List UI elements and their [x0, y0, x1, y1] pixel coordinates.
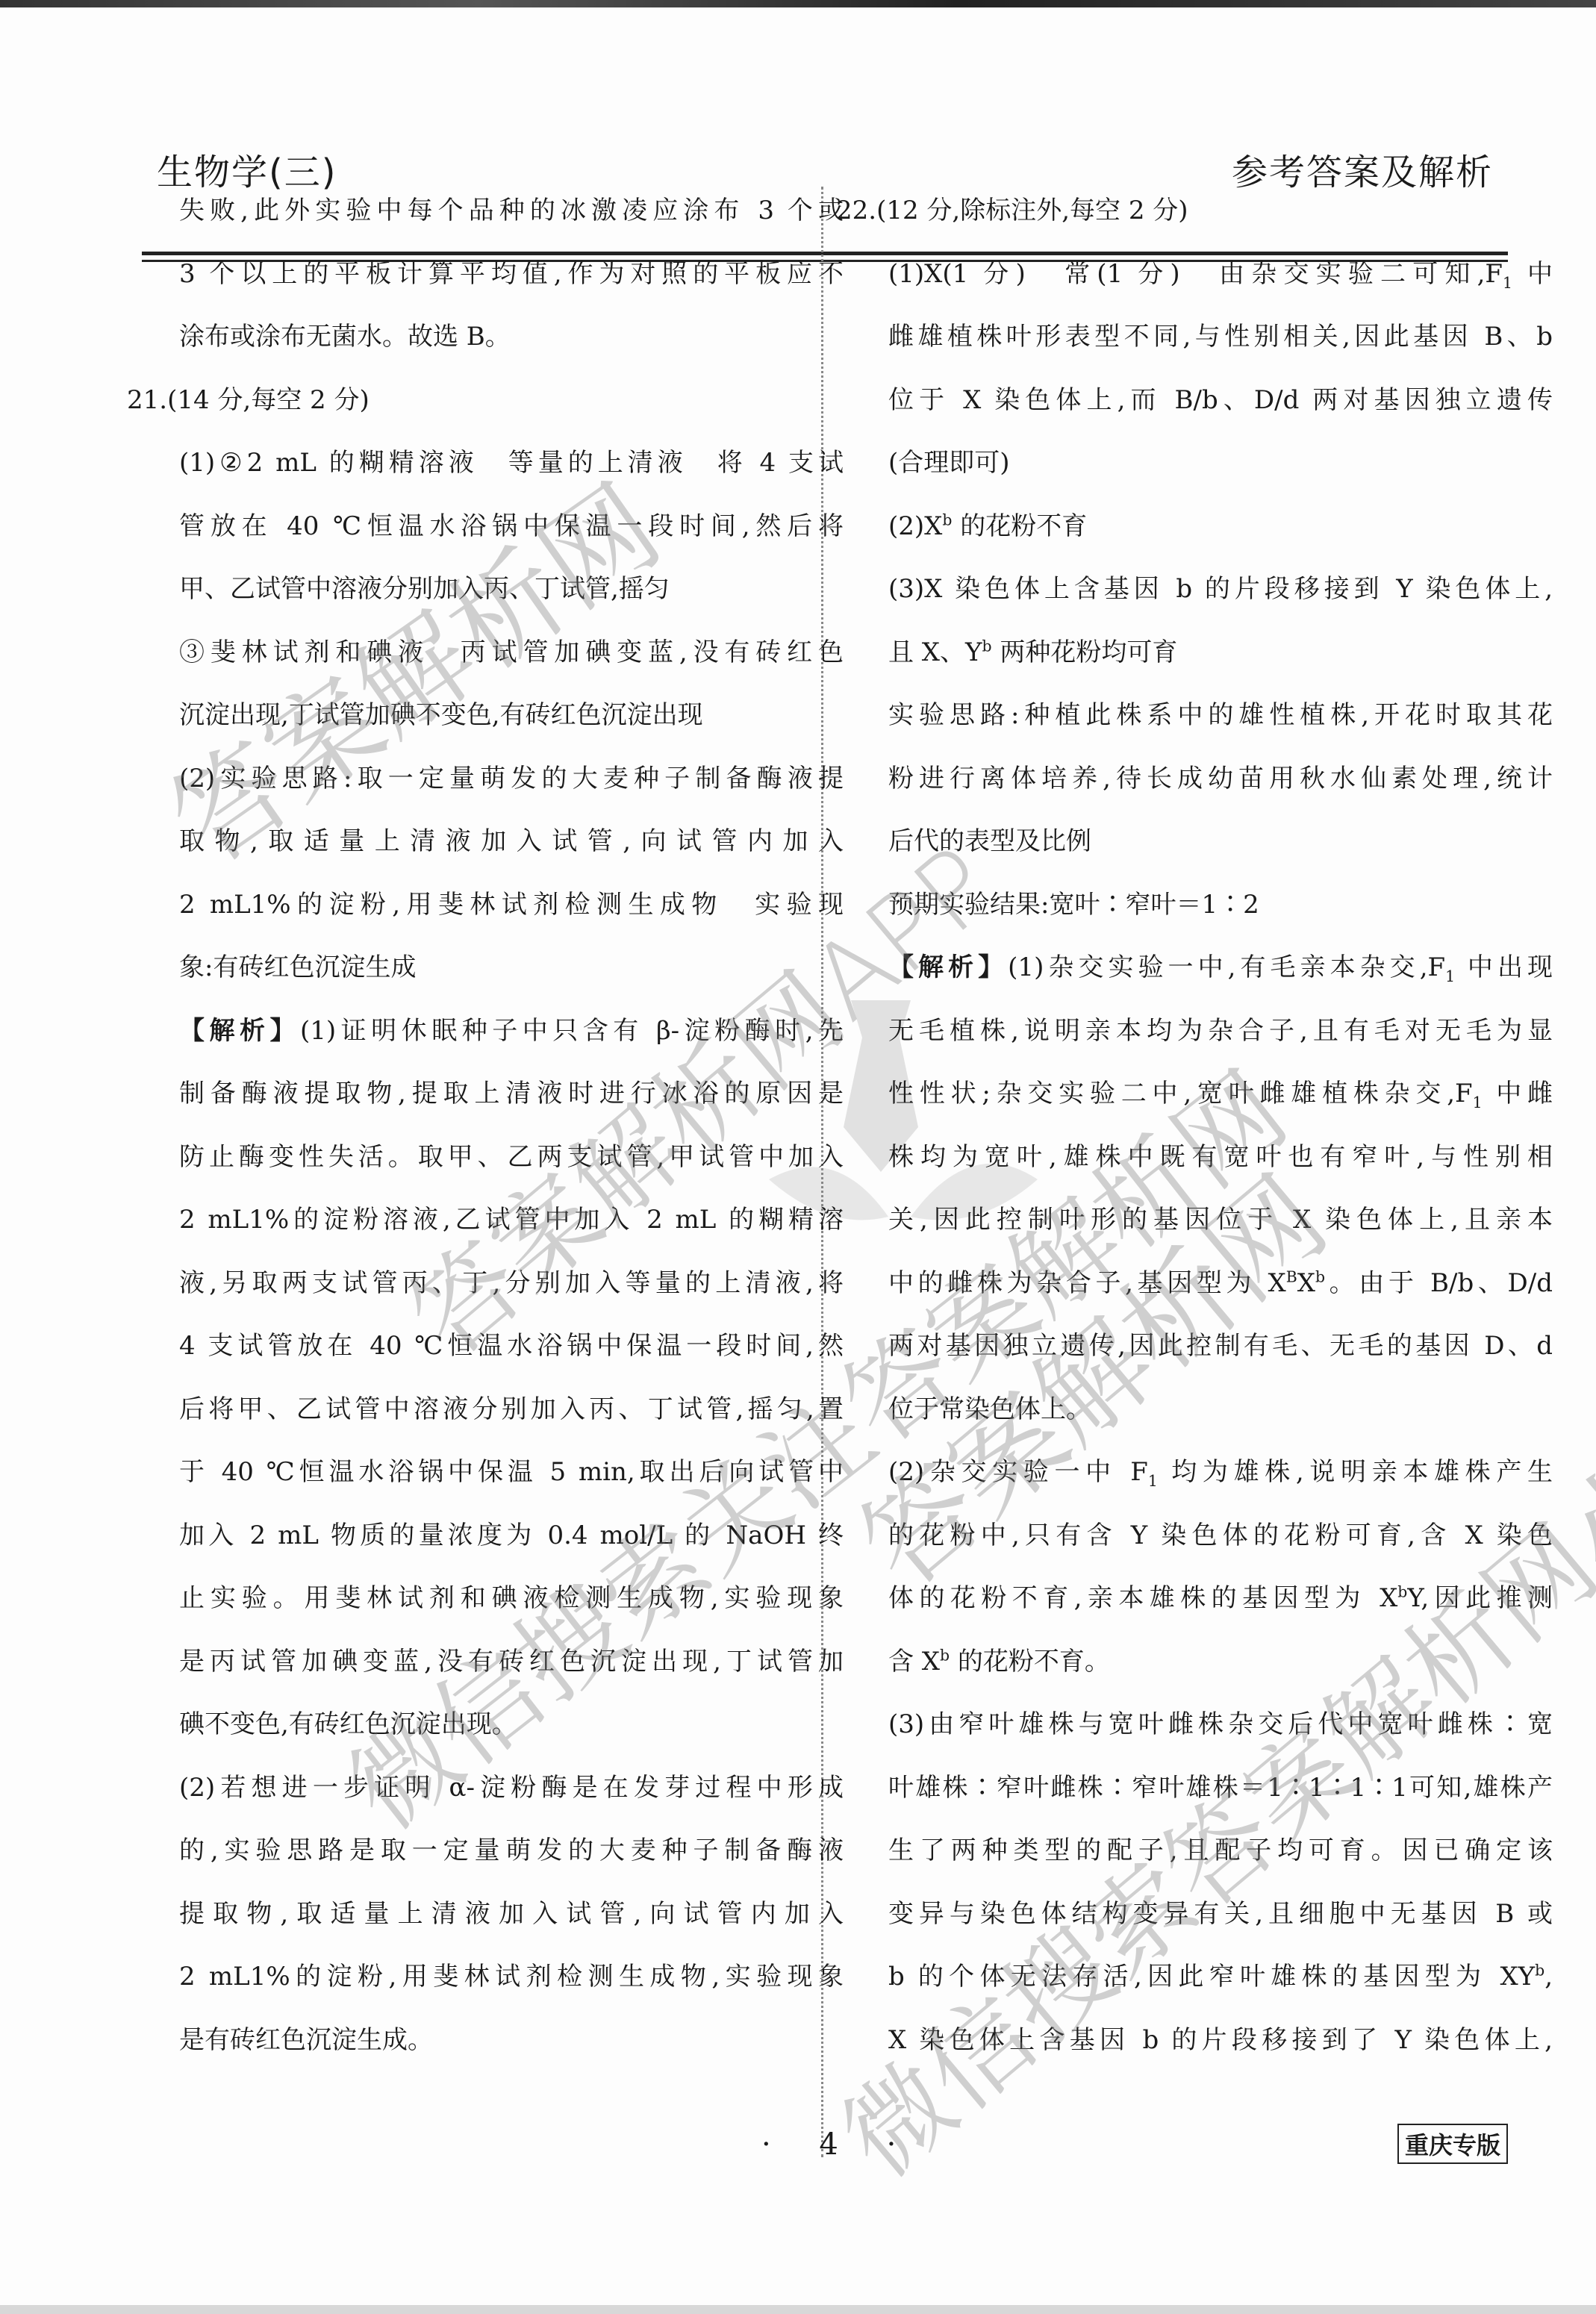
text-line: 实验思路:种植此株系中的雄性植株,开花时取其花	[888, 684, 1553, 747]
text-line: 是丙试管加碘变蓝,没有砖红色沉淀出现,丁试管加	[179, 1630, 844, 1694]
scan-bottom-edge	[0, 2305, 1596, 2314]
text-line: (2)若想进一步证明 α-淀粉酶是在发芽过程中形成	[179, 1756, 844, 1820]
text-line: 位于 X 染色体上,而 B/b、D/d 两对基因独立遗传	[888, 369, 1553, 432]
text-line: ③斐林试剂和碘液 丙试管加碘变蓝,没有砖红色	[179, 621, 844, 684]
text-line: (合理即可)	[888, 431, 1553, 495]
text-line: 4 支试管放在 40 ℃恒温水浴锅中保温一段时间,然	[179, 1315, 844, 1378]
page-number: · 4 ·	[761, 2127, 915, 2162]
text-line: 后将甲、乙试管中溶液分别加入丙、丁试管,摇匀,置	[179, 1378, 844, 1441]
text-line: 取物,取适量上清液加入试管,向试管内加入	[179, 810, 844, 873]
text-line: 后代的表型及比例	[888, 810, 1553, 873]
text-line: 株均为宽叶,雄株中既有宽叶也有窄叶,与性别相	[888, 1126, 1553, 1189]
text-line: 沉淀出现,丁试管加碘不变色,有砖红色沉淀出现	[179, 684, 844, 747]
right-column: 22.(12 分,除标注外,每空 2 分) (1)X(1 分) 常(1 分) 由…	[888, 179, 1553, 2071]
text-line: 提取物,取适量上清液加入试管,向试管内加入	[179, 1883, 844, 1946]
text-line: 雌雄植株叶形表型不同,与性别相关,因此基因 B、b	[888, 305, 1553, 369]
text-line: 失败,此外实验中每个品种的冰激凌应涂布 3 个或	[179, 179, 844, 243]
text-line: (2)实验思路:取一定量萌发的大麦种子制备酶液提	[179, 747, 844, 811]
text-line: 止实验。用斐林试剂和碘液检测生成物,实验现象	[179, 1567, 844, 1630]
text-line: 预期实验结果:宽叶∶窄叶＝1∶2	[888, 873, 1553, 937]
text-line: X 染色体上含基因 b 的片段移接到了 Y 染色体上,	[888, 2009, 1553, 2072]
text-line: 制备酶液提取物,提取上清液时进行冰浴的原因是	[179, 1062, 844, 1126]
text-line: 中的雌株为杂合子,基因型为 XBXb。由于 B/b、D/d	[888, 1252, 1553, 1315]
text-line: 两对基因独立遗传,因此控制有毛、无毛的基因 D、d	[888, 1315, 1553, 1378]
text-line: 于 40 ℃恒温水浴锅中保温 5 min,取出后向试管中	[179, 1441, 844, 1504]
text-line: 粉进行离体培养,待长成幼苗用秋水仙素处理,统计	[888, 747, 1553, 811]
text-line: 防止酶变性失活。取甲、乙两支试管,甲试管中加入	[179, 1126, 844, 1189]
text-line: 碘不变色,有砖红色沉淀出现。	[179, 1693, 844, 1756]
text-line: (3)由窄叶雄株与宽叶雌株杂交后代中宽叶雌株∶宽	[888, 1693, 1553, 1756]
text-line: 加入 2 mL 物质的量浓度为 0.4 mol/L 的 NaOH 终	[179, 1504, 844, 1568]
analysis-label: 【解析】	[888, 952, 1008, 982]
question-21-header: 21.(14 分,每空 2 分)	[127, 369, 844, 432]
analysis-line: 【解析】(1)杂交实验一中,有毛亲本杂交,F1 中出现	[888, 936, 1553, 999]
text-line: 2 mL1%的淀粉,用斐林试剂检测生成物 实验现	[179, 873, 844, 937]
analysis-label: 【解析】	[179, 1016, 300, 1046]
scan-top-edge	[0, 0, 1596, 7]
text-line: 2 mL1%的淀粉,用斐林试剂检测生成物,实验现象	[179, 1945, 844, 2009]
text-line: 叶雄株∶窄叶雌株∶窄叶雄株＝1∶1∶1∶1可知,雄株产	[888, 1756, 1553, 1820]
text-line: 含 Xb 的花粉不育。	[888, 1630, 1553, 1694]
analysis-line: 【解析】(1)证明休眠种子中只含有 β-淀粉酶时,先	[179, 999, 844, 1063]
text-line: (3)X 染色体上含基因 b 的片段移接到 Y 染色体上,	[888, 558, 1553, 621]
text-line: 3 个以上的平板计算平均值,作为对照的平板应不	[179, 243, 844, 306]
text-line: 涂布或涂布无菌水。故选 B。	[179, 305, 844, 369]
text-line: (2)Xb 的花粉不育	[888, 495, 1553, 558]
text-line: 性性状;杂交实验二中,宽叶雌雄植株杂交,F1 中雌	[888, 1062, 1553, 1126]
text-line: 象:有砖红色沉淀生成	[179, 936, 844, 999]
text-line: 是有砖红色沉淀生成。	[179, 2009, 844, 2072]
text-line: 关,因此控制叶形的基因位于 X 染色体上,且亲本	[888, 1188, 1553, 1252]
text-line: 位于常染色体上。	[888, 1378, 1553, 1441]
text-line: 体的花粉不育,亲本雄株的基因型为 XbY,因此推测	[888, 1567, 1553, 1630]
text-line: 的花粉中,只有含 Y 染色体的花粉可育,含 X 染色	[888, 1504, 1553, 1568]
edition-badge: 重庆专版	[1397, 2124, 1508, 2164]
text-line: 管放在 40 ℃恒温水浴锅中保温一段时间,然后将	[179, 495, 844, 558]
text-line: b 的个体无法存活,因此窄叶雄株的基因型为 XYb,	[888, 1945, 1553, 2009]
text-line: (1)X(1 分) 常(1 分) 由杂交实验二可知,F1 中	[888, 243, 1553, 306]
text-line: 2 mL1%的淀粉溶液,乙试管中加入 2 mL 的糊精溶	[179, 1188, 844, 1252]
text-line: 变异与染色体结构变异有关,且细胞中无基因 B 或	[888, 1883, 1553, 1946]
question-22-header: 22.(12 分,除标注外,每空 2 分)	[836, 179, 1553, 243]
text-line: 液,另取两支试管丙、丁,分别加入等量的上清液,将	[179, 1252, 844, 1315]
text-line: (2)杂交实验一中 F1 均为雄株,说明亲本雄株产生	[888, 1441, 1553, 1504]
text-line: (1)②2 mL 的糊精溶液 等量的上清液 将 4 支试	[179, 431, 844, 495]
text-line: 无毛植株,说明亲本均为杂合子,且有毛对无毛为显	[888, 999, 1553, 1063]
text-line: 甲、乙试管中溶液分别加入丙、丁试管,摇匀	[179, 558, 844, 621]
left-column: 失败,此外实验中每个品种的冰激凌应涂布 3 个或 3 个以上的平板计算平均值,作…	[179, 179, 844, 2071]
text-line: 生了两种类型的配子,且配子均可育。因已确定该	[888, 1819, 1553, 1883]
text-line: 的,实验思路是取一定量萌发的大麦种子制备酶液	[179, 1819, 844, 1883]
text-line: 且 X、Yb 两种花粉均可育	[888, 621, 1553, 684]
